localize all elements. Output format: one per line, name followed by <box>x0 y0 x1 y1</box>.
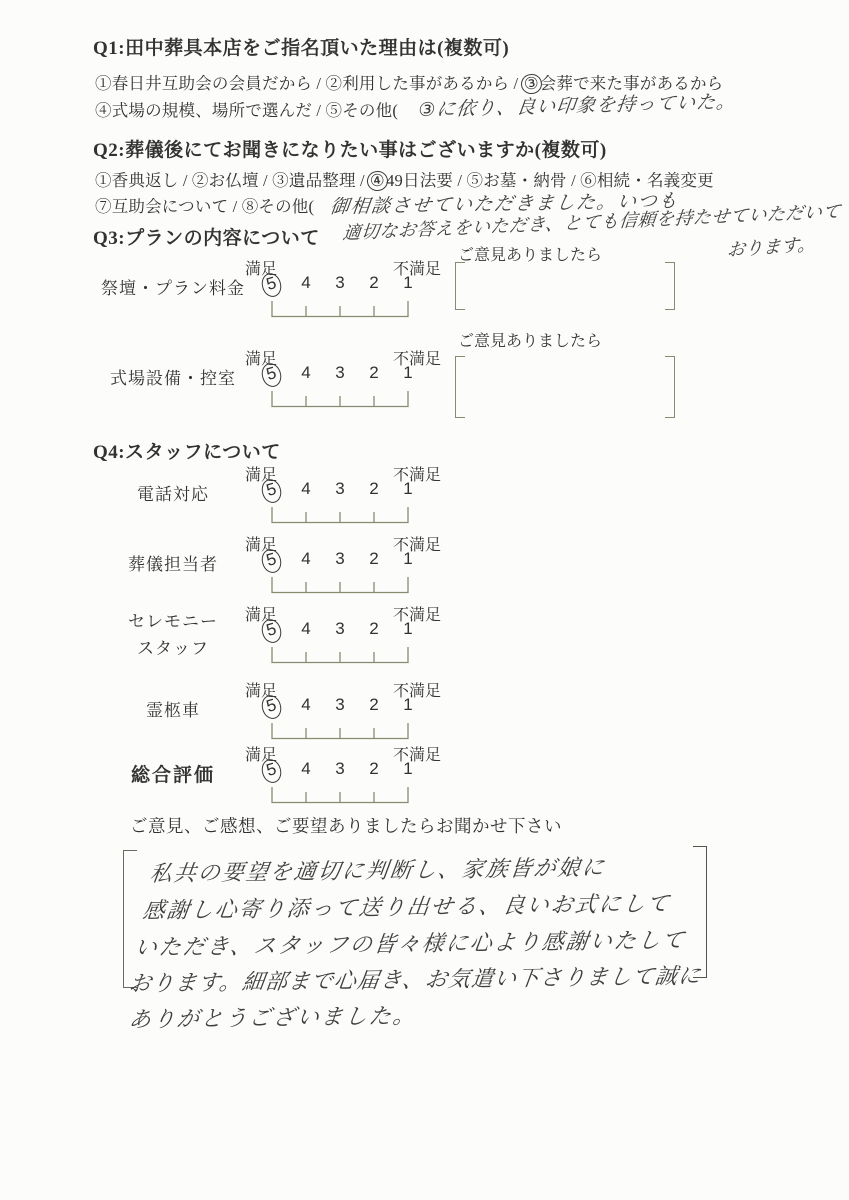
rating-row: 霊柩車 満足 不満足 54321 <box>100 668 730 740</box>
scale-value-1: 1 <box>391 273 425 293</box>
handwritten-selection-circle: 5 <box>259 757 284 785</box>
scale-ruler-line <box>255 784 425 805</box>
scale-ruler-line <box>255 298 425 319</box>
scale-value-1: 1 <box>391 479 425 499</box>
comment-box-right-bracket <box>665 262 675 310</box>
scale-value-4: 4 <box>289 363 323 383</box>
scale-value-3: 3 <box>323 363 357 383</box>
rating-row-label: 総合評価 <box>100 760 246 787</box>
comment-handwriting-line4: おります。細部まで心届き、お気遣い下さりまして誠に <box>127 959 703 998</box>
comment-prompt: ご意見、ご感想、ご要望ありましたらお聞かせ下さい <box>130 813 562 838</box>
rating-row: セレモニースタッフ 満足 不満足 54321 <box>100 592 730 664</box>
scale-value-3: 3 <box>323 549 357 569</box>
q1-title: Q1:田中葬具本店をご指名頂いた理由は(複数可) <box>93 33 509 60</box>
rating-scale: 満足 不満足 54321 <box>245 256 460 314</box>
comment-box <box>455 356 675 418</box>
scale-value-4: 4 <box>289 619 323 639</box>
scale-value-2: 2 <box>357 479 391 499</box>
scale-value-4: 4 <box>289 549 323 569</box>
scale-value-4: 4 <box>289 479 323 499</box>
scale-value-1: 1 <box>391 695 425 715</box>
survey-form-page: Q1:田中葬具本店をご指名頂いた理由は(複数可) ①春日井互助会の会員だから /… <box>0 0 849 1200</box>
rating-row-label: 式場設備・控室 <box>100 364 246 389</box>
scale-value-1: 1 <box>391 363 425 383</box>
rating-row-label: セレモニースタッフ <box>100 608 246 662</box>
scale-value-3: 3 <box>323 479 357 499</box>
comment-box-left-bracket <box>455 356 465 418</box>
scale-value-5: 5 <box>255 695 289 719</box>
rating-row: 電話対応 満足 不満足 54321 <box>100 452 730 524</box>
scale-value-5: 5 <box>255 363 289 387</box>
rating-scale: 満足 不満足 54321 <box>245 602 460 660</box>
rating-row-label: 葬儀担当者 <box>100 550 246 575</box>
scale-value-2: 2 <box>357 363 391 383</box>
comment-box <box>455 262 675 310</box>
scale-value-1: 1 <box>391 549 425 569</box>
handwritten-selection-circle: 5 <box>259 361 284 389</box>
q1-option-text-pre: ①春日井互助会の会員だから / ②利用した事があるから / <box>95 74 523 93</box>
handwritten-selection-circle: 5 <box>259 617 284 645</box>
comment-handwriting-line3: いただき、スタッフの皆々様に心より感謝いたして <box>133 923 688 962</box>
comment-handwriting-line5: ありがとうございました。 <box>127 999 419 1034</box>
q1-options-line2: ④式場の規模、場所で選んだ / ⑤その他( <box>95 97 398 121</box>
scale-value-2: 2 <box>357 273 391 293</box>
scale-value-3: 3 <box>323 273 357 293</box>
scale-value-3: 3 <box>323 619 357 639</box>
comment-handwriting-line1: 私共の要望を適切に判断し、家族皆が娘に <box>148 851 608 888</box>
q2-option-text-pre: ①香典返し / ②お仏壇 / ③遺品整理 / <box>95 171 369 190</box>
handwritten-selection-circle: 5 <box>259 547 284 575</box>
rating-row: 総合評価 満足 不満足 54321 <box>100 732 730 804</box>
q2-options-line2: ⑦互助会について / ⑧その他( <box>95 193 314 217</box>
comment-box-left-bracket <box>455 262 465 310</box>
q2-handwritten-answer-line3: おります。 <box>726 230 816 262</box>
scale-value-1: 1 <box>391 619 425 639</box>
scale-value-4: 4 <box>289 759 323 779</box>
comment-box-label: ご意見ありましたら <box>458 328 602 351</box>
rating-scale: 満足 不満足 54321 <box>245 462 460 520</box>
scale-value-5: 5 <box>255 549 289 573</box>
rating-row: 祭壇・プラン料金 満足 不満足 54321 ご意見ありましたら <box>100 246 730 318</box>
rating-scale: 満足 不満足 54321 <box>245 678 460 736</box>
comment-box-right-bracket <box>665 356 675 418</box>
q2-title: Q2:葬儀後にてお聞きになりたい事はございますか(複数可) <box>93 135 607 162</box>
scale-value-4: 4 <box>289 695 323 715</box>
rating-row-label: 電話対応 <box>100 480 246 505</box>
scale-value-5: 5 <box>255 759 289 783</box>
scale-value-5: 5 <box>255 619 289 643</box>
scale-value-3: 3 <box>323 759 357 779</box>
rating-row-label: 祭壇・プラン料金 <box>100 274 246 299</box>
handwritten-selection-circle: 5 <box>259 477 284 505</box>
scale-value-4: 4 <box>289 273 323 293</box>
scale-value-5: 5 <box>255 273 289 297</box>
scale-value-5: 5 <box>255 479 289 503</box>
comment-handwriting-line2: 感謝し心寄り添って送り出せる、良いお式にして <box>141 887 673 925</box>
scale-ruler-line <box>255 644 425 665</box>
handwritten-selection-circle: 5 <box>259 271 284 299</box>
rating-scale: 満足 不満足 54321 <box>245 742 460 800</box>
rating-row: 葬儀担当者 満足 不満足 54321 <box>100 522 730 594</box>
rating-scale: 満足 不満足 54321 <box>245 346 460 404</box>
rating-row-label: 霊柩車 <box>100 696 246 721</box>
rating-scale: 満足 不満足 54321 <box>245 532 460 590</box>
scale-value-2: 2 <box>357 759 391 779</box>
scale-value-2: 2 <box>357 619 391 639</box>
scale-value-3: 3 <box>323 695 357 715</box>
scale-ruler-line <box>255 388 425 409</box>
scale-value-2: 2 <box>357 549 391 569</box>
scale-value-1: 1 <box>391 759 425 779</box>
handwritten-selection-circle: 5 <box>259 693 284 721</box>
rating-row: 式場設備・控室 満足 不満足 54321 ご意見ありましたら <box>100 336 730 408</box>
scale-value-2: 2 <box>357 695 391 715</box>
